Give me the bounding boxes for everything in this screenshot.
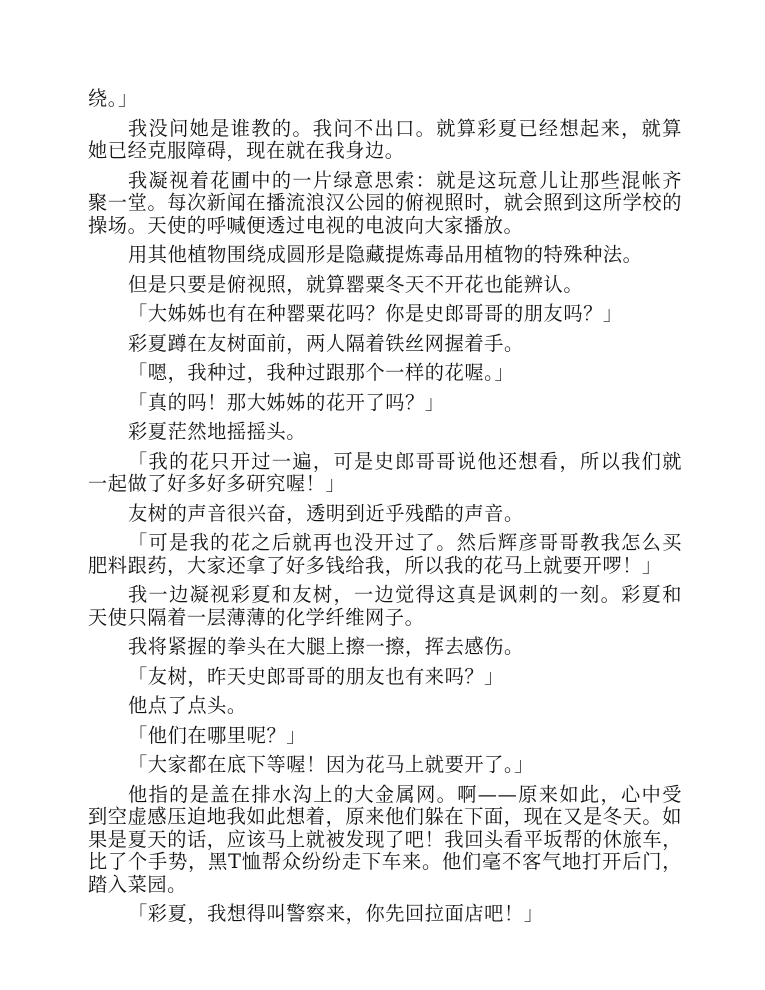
paragraph-15: 我将紧握的拳头在大腿上擦一擦，挥去感伤。 — [88, 636, 682, 659]
paragraph-8: 「嗯，我种过，我种过跟那个一样的花喔。」 — [88, 362, 682, 385]
paragraph-5: 但是只要是俯视照，就算罂粟冬天不开花也能辨认。 — [88, 274, 682, 297]
paragraph-6: 「大姊姊也有在种罂粟花吗？你是史郎哥哥的朋友吗？」 — [88, 303, 682, 326]
paragraph-14: 我一边凝视彩夏和友树，一边觉得这真是讽刺的一刻。彩夏和天使只隔着一层薄薄的化学纤… — [88, 584, 682, 629]
paragraph-20: 他指的是盖在排水沟上的大金属网。啊——原来如此，心中受到空虚感压迫地我如此想着，… — [88, 784, 682, 897]
paragraph-2: 我没问她是谁教的。我问不出口。就算彩夏已经想起来，就算她已经克服障碍，现在就在我… — [88, 118, 682, 163]
paragraph-4: 用其他植物围绕成圆形是隐藏提炼毒品用植物的特殊种法。 — [88, 244, 682, 267]
paragraph-16: 「友树，昨天史郎哥哥的朋友也有来吗？」 — [88, 666, 682, 689]
paragraph-9: 「真的吗！那大姊姊的花开了吗？」 — [88, 392, 682, 415]
paragraph-3: 我凝视着花圃中的一片绿意思索：就是这玩意儿让那些混帐齐聚一堂。每次新闻在播流浪汉… — [88, 170, 682, 238]
paragraph-10: 彩夏茫然地摇摇头。 — [88, 421, 682, 444]
paragraph-7: 彩夏蹲在友树面前，两人隔着铁丝网握着手。 — [88, 333, 682, 356]
paragraph-13: 「可是我的花之后就再也没开过了。然后辉彦哥哥教我怎么买肥料跟药，大家还拿了好多钱… — [88, 532, 682, 577]
paragraph-1: 绕。」 — [88, 88, 682, 111]
paragraph-11: 「我的花只开过一遍，可是史郎哥哥说他还想看，所以我们就一起做了好多好多研究喔！」 — [88, 451, 682, 496]
paragraph-19: 「大家都在底下等喔！因为花马上就要开了。」 — [88, 754, 682, 777]
document-page: 绕。」 我没问她是谁教的。我问不出口。就算彩夏已经想起来，就算她已经克服障碍，现… — [88, 88, 682, 933]
paragraph-21: 「彩夏，我想得叫警察来，你先回拉面店吧！」 — [88, 903, 682, 926]
paragraph-12: 友树的声音很兴奋，透明到近乎残酷的声音。 — [88, 503, 682, 526]
paragraph-17: 他点了点头。 — [88, 695, 682, 718]
paragraph-18: 「他们在哪里呢？」 — [88, 725, 682, 748]
